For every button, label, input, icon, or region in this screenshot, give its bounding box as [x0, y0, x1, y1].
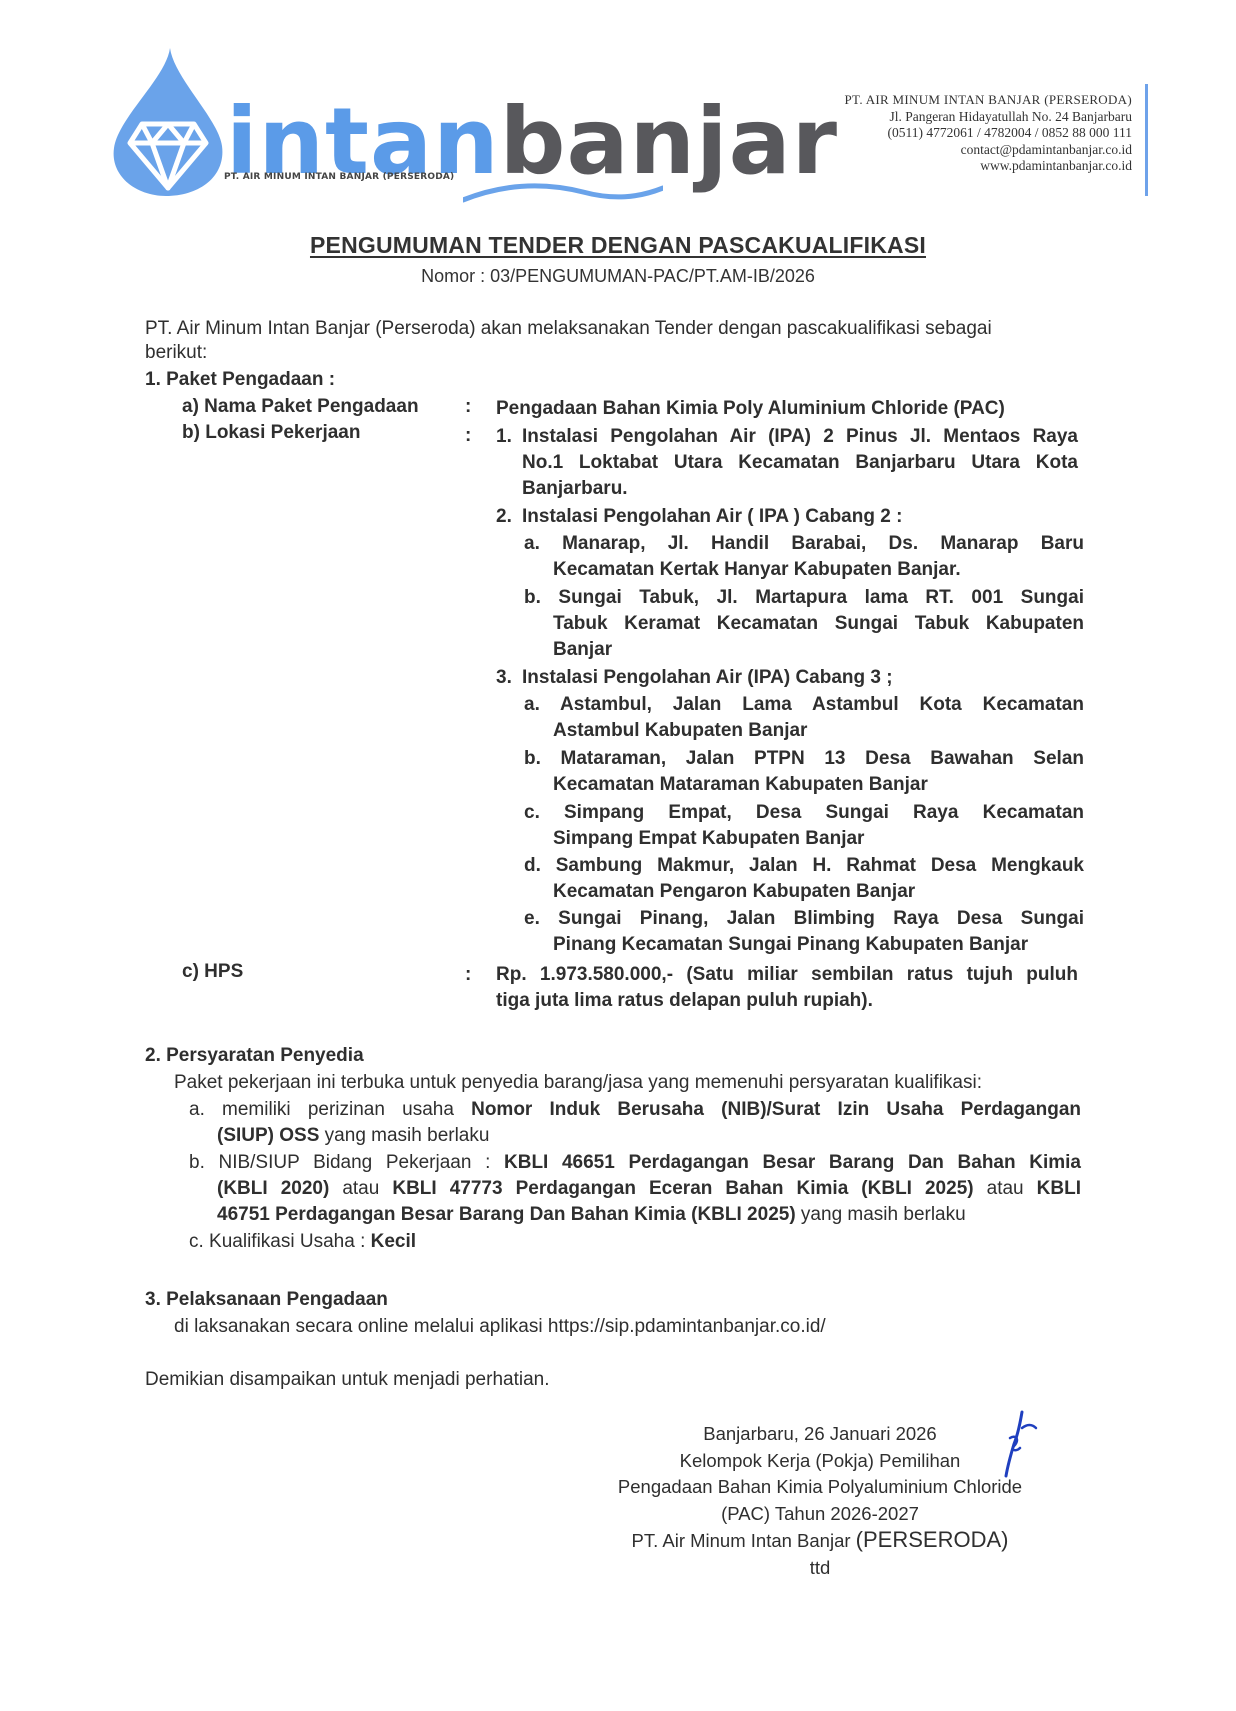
requirement-a-line-1: a. memiliki perizinan usaha Nomor Induk …: [189, 1097, 1081, 1123]
location-3d-line-1: d. Sambung Makmur, Jalan H. Rahmat Desa …: [524, 853, 1084, 879]
location-2b-line-2: Tabuk Keramat Kecamatan Sungai Tabuk Kab…: [553, 611, 1084, 637]
signature-line-3: (PAC) Tahun 2026-2027: [560, 1501, 1080, 1528]
signature-line-4: PT. Air Minum Intan Banjar (PERSERODA): [560, 1527, 1080, 1555]
location-3b-line-1: b. Mataraman, Jalan PTPN 13 Desa Bawahan…: [524, 746, 1084, 772]
field-label-lokasi: b) Lokasi Pekerjaan: [182, 420, 360, 446]
section-2-heading: 2. Persyaratan Penyedia: [145, 1043, 364, 1069]
field-label-nama-paket: a) Nama Paket Pengadaan: [182, 394, 419, 420]
handwritten-paraf-icon: [1000, 1410, 1040, 1480]
section-3-text: di laksanakan secara online melalui apli…: [174, 1314, 826, 1340]
location-2-number: 2.: [496, 504, 512, 530]
requirement-c: c. Kualifikasi Usaha : Kecil: [189, 1229, 416, 1255]
field-value-nama-paket: Pengadaan Bahan Kimia Poly Aluminium Chl…: [496, 396, 1005, 422]
company-contact-block: PT. AIR MINUM INTAN BANJAR (PERSERODA) J…: [845, 92, 1132, 175]
document-title: PENGUMUMAN TENDER DENGAN PASCAKUALIFIKAS…: [310, 232, 926, 259]
company-phones: (0511) 4772061 / 4782004 / 0852 88 000 1…: [845, 125, 1132, 142]
colon: :: [465, 962, 471, 988]
location-2-heading: Instalasi Pengolahan Air ( IPA ) Cabang …: [522, 504, 902, 530]
location-3b-line-2: Kecamatan Mataraman Kabupaten Banjar: [553, 772, 928, 798]
location-1-number: 1.: [496, 424, 512, 450]
field-label-hps: c) HPS: [182, 959, 243, 985]
company-logo: intanbanjar PT. AIR MINUM INTAN BANJAR (…: [108, 48, 718, 198]
location-3e-line-1: e. Sungai Pinang, Jalan Blimbing Raya De…: [524, 906, 1084, 932]
location-2a-line-1: a. Manarap, Jl. Handil Barabai, Ds. Mana…: [524, 531, 1084, 557]
colon: :: [465, 423, 471, 449]
location-3a-line-2: Astambul Kabupaten Banjar: [553, 718, 807, 744]
location-3c-line-1: c. Simpang Empat, Desa Sungai Raya Kecam…: [524, 800, 1084, 826]
location-1-line-3: Banjarbaru.: [522, 476, 628, 502]
location-2a-line-2: Kecamatan Kertak Hanyar Kabupaten Banjar…: [553, 557, 961, 583]
company-address: Jl. Pangeran Hidayatullah No. 24 Banjarb…: [845, 109, 1132, 126]
location-3a-line-1: a. Astambul, Jalan Lama Astambul Kota Ke…: [524, 692, 1084, 718]
field-value-hps-line-1: Rp. 1.973.580.000,- (Satu miliar sembila…: [496, 962, 1078, 988]
closing-text: Demikian disampaikan untuk menjadi perha…: [145, 1367, 550, 1393]
location-3-heading: Instalasi Pengolahan Air (IPA) Cabang 3 …: [522, 665, 893, 691]
document-number: Nomor : 03/PENGUMUMAN-PAC/PT.AM-IB/2026: [0, 266, 1236, 287]
intro-line-1: PT. Air Minum Intan Banjar (Perseroda) a…: [145, 316, 992, 342]
section-2-intro: Paket pekerjaan ini terbuka untuk penyed…: [174, 1070, 982, 1096]
location-3-number: 3.: [496, 665, 512, 691]
location-1-line-1: Instalasi Pengolahan Air (IPA) 2 Pinus J…: [522, 424, 1078, 450]
requirement-b-line-1: b. NIB/SIUP Bidang Pekerjaan : KBLI 4665…: [189, 1150, 1081, 1176]
location-2b-line-3: Banjar: [553, 637, 612, 663]
location-3d-line-2: Kecamatan Pengaron Kabupaten Banjar: [553, 879, 915, 905]
intro-line-2: berikut:: [145, 340, 207, 366]
requirement-a-line-2: (SIUP) OSS yang masih berlaku: [217, 1123, 489, 1149]
field-value-hps-line-2: tiga juta lima ratus delapan puluh rupia…: [496, 988, 873, 1014]
location-3c-line-2: Simpang Empat Kabupaten Banjar: [553, 826, 864, 852]
wave-icon: [463, 178, 663, 208]
logo-tagline: PT. AIR MINUM INTAN BANJAR (PERSERODA): [224, 172, 454, 182]
colon: :: [465, 394, 471, 420]
section-1-heading: 1. Paket Pengadaan :: [145, 367, 335, 393]
requirement-b-line-2: (KBLI 2020) atau KBLI 47773 Perdagangan …: [217, 1176, 1081, 1202]
company-name: PT. AIR MINUM INTAN BANJAR (PERSERODA): [845, 92, 1132, 109]
location-1-line-2: No.1 Loktabat Utara Kecamatan Banjarbaru…: [522, 450, 1078, 476]
section-3-heading: 3. Pelaksanaan Pengadaan: [145, 1287, 388, 1313]
company-website[interactable]: www.pdamintanbanjar.co.id: [845, 158, 1132, 175]
requirement-b-line-3: 46751 Perdagangan Besar Barang Dan Bahan…: [217, 1202, 966, 1228]
company-email[interactable]: contact@pdamintanbanjar.co.id: [845, 142, 1132, 159]
signature-ttd: ttd: [560, 1555, 1080, 1582]
location-3e-line-2: Pinang Kecamatan Sungai Pinang Kabupaten…: [553, 932, 1028, 958]
title-wrap: PENGUMUMAN TENDER DENGAN PASCAKUALIFIKAS…: [0, 232, 1236, 259]
location-2b-line-1: b. Sungai Tabuk, Jl. Martapura lama RT. …: [524, 585, 1084, 611]
letterhead-divider: [1145, 84, 1148, 196]
